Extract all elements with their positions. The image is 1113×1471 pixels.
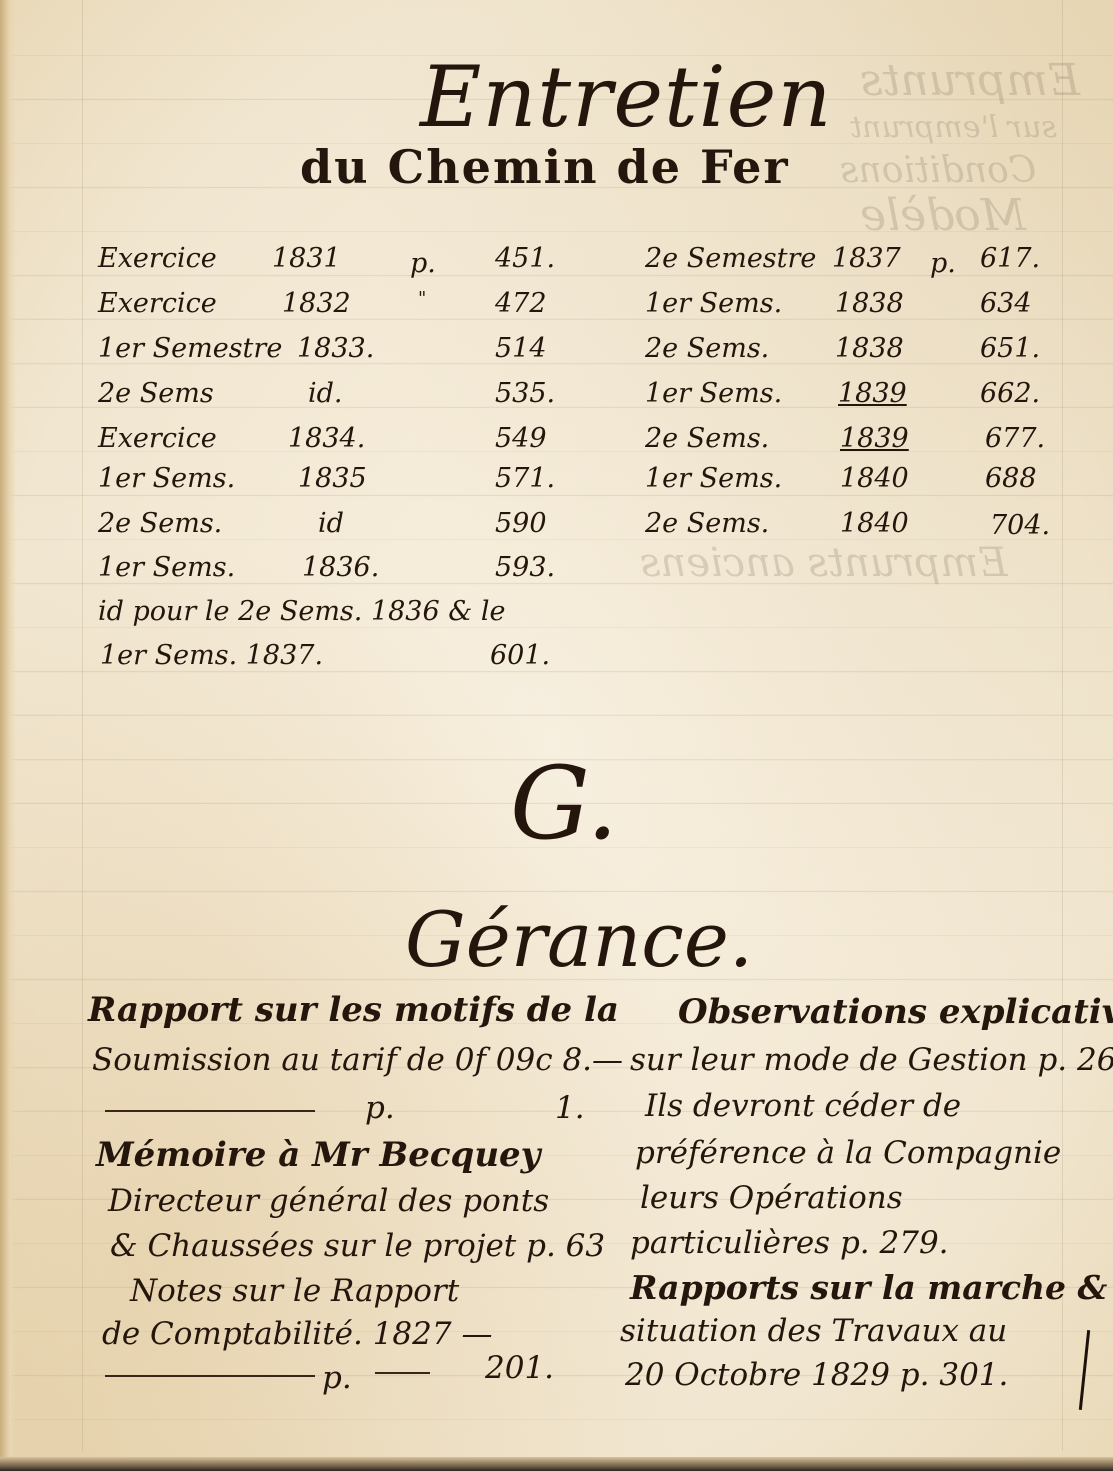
index-year: 1834. (288, 423, 365, 454)
entry-line: particulières p. 279. (630, 1225, 949, 1261)
index-label: 2e Semestre (645, 243, 816, 274)
index-label: id pour le 2e Sems. 1836 & le (98, 596, 505, 627)
index-page: 651. (980, 333, 1040, 364)
ditto-mark: " (418, 288, 426, 309)
index-page: 688 (985, 463, 1037, 494)
index-year: 1838 (835, 288, 904, 319)
index-label: 1er Sems. 1837. (100, 640, 323, 671)
index-label: 1er Sems. (645, 288, 782, 319)
bleed-through-text: sur l'emprunt (850, 110, 1057, 145)
index-year: 1837 (832, 243, 901, 274)
index-label: 1er Sems. (98, 552, 235, 583)
index-page: 514 (495, 333, 547, 364)
index-year: 1833. (297, 333, 374, 364)
index-year: 1835 (298, 463, 367, 494)
entry-line: Rapport sur les motifs de la (88, 990, 619, 1030)
index-page-marker: p. (930, 248, 956, 279)
index-page: 590 (495, 508, 547, 539)
index-label: Exercice (98, 288, 217, 319)
index-page: 571. (495, 463, 555, 494)
bleed-through-text: Emprunts (860, 55, 1080, 106)
entry-line: leurs Opérations (640, 1180, 903, 1216)
index-year: 1840 (840, 463, 909, 494)
index-page: 601. (490, 640, 550, 671)
index-year: 1832 (282, 288, 351, 319)
index-page: 472 (495, 288, 547, 319)
entry-line: & Chaussées sur le projet p. 63 (110, 1228, 605, 1264)
index-year: id. (308, 378, 343, 409)
index-page: 451. (495, 243, 555, 274)
index-page: 634 (980, 288, 1032, 319)
index-label: 2e Sems. (98, 508, 222, 539)
entry-line: Rapports sur la marche & la (630, 1268, 1113, 1307)
page-marker: p. (365, 1090, 395, 1126)
index-label: 2e Sems. (645, 423, 769, 454)
page-number: 201. (485, 1350, 554, 1386)
entry-line: Observations explicatives (678, 992, 1113, 1032)
index-label: 1er Sems. (645, 378, 782, 409)
entry-line: sur leur mode de Gestion p. 262 (630, 1042, 1113, 1078)
index-year: 1831 (272, 243, 341, 274)
entry-line: Soumission au tarif de 0f 09c 8.— (92, 1042, 623, 1078)
page-bottom-edge (0, 1457, 1113, 1471)
index-label: Exercice (98, 423, 217, 454)
index-label: 1er Sems. (98, 463, 235, 494)
index-label: 2e Sems. (645, 508, 769, 539)
index-year: 1839 (838, 378, 907, 409)
separator-line (105, 1110, 315, 1112)
section-letter: G. (510, 745, 618, 862)
entry-line: Ils devront céder de (645, 1088, 961, 1124)
index-label: 1er Sems. (645, 463, 782, 494)
margin-line (1062, 0, 1063, 1451)
page-marker: p. (322, 1360, 352, 1396)
index-page: 704. (990, 510, 1050, 541)
index-page: 662. (980, 378, 1040, 409)
entry-line: 20 Octobre 1829 p. 301. (625, 1357, 1008, 1393)
page-title: Entretien (420, 48, 832, 146)
entry-line: préférence à la Compagnie (635, 1135, 1061, 1171)
page-number: 1. (555, 1090, 585, 1126)
index-page-marker: p. (410, 248, 436, 279)
index-year: 1839 (840, 423, 909, 454)
separator-line (105, 1375, 315, 1377)
index-page: 549 (495, 423, 547, 454)
entry-line: Notes sur le Rapport (130, 1273, 459, 1309)
page-subtitle: du Chemin de Fer (300, 140, 790, 194)
bleed-through-text: Modèle (860, 190, 1026, 241)
index-year: id (318, 508, 344, 539)
index-page: 677. (985, 423, 1045, 454)
index-page: 535. (495, 378, 555, 409)
margin-line (82, 0, 83, 1451)
index-label: 2e Sems (98, 378, 214, 409)
index-label: 2e Sems. (645, 333, 769, 364)
index-label: 1er Semestre (98, 333, 282, 364)
index-year: 1836. (302, 552, 379, 583)
index-page: 617. (980, 243, 1040, 274)
index-label: Exercice (98, 243, 217, 274)
bleed-through-text: Conditions (840, 150, 1036, 191)
page-binding-edge (0, 0, 16, 1471)
entry-line: Mémoire à Mr Becquey (96, 1135, 540, 1175)
index-year: 1840 (840, 508, 909, 539)
entry-line: de Comptabilité. 1827 — (102, 1316, 492, 1352)
entry-line: situation des Travaux au (620, 1313, 1007, 1349)
bleed-through-text: Emprunts anciens (640, 540, 1007, 586)
manuscript-page: Emprunts sur l'emprunt Conditions Modèle… (0, 0, 1113, 1471)
section-title: Gérance. (405, 895, 753, 984)
index-year: 1838 (835, 333, 904, 364)
entry-line: Directeur général des ponts (108, 1183, 549, 1219)
index-page: 593. (495, 552, 555, 583)
separator-line (375, 1372, 430, 1374)
